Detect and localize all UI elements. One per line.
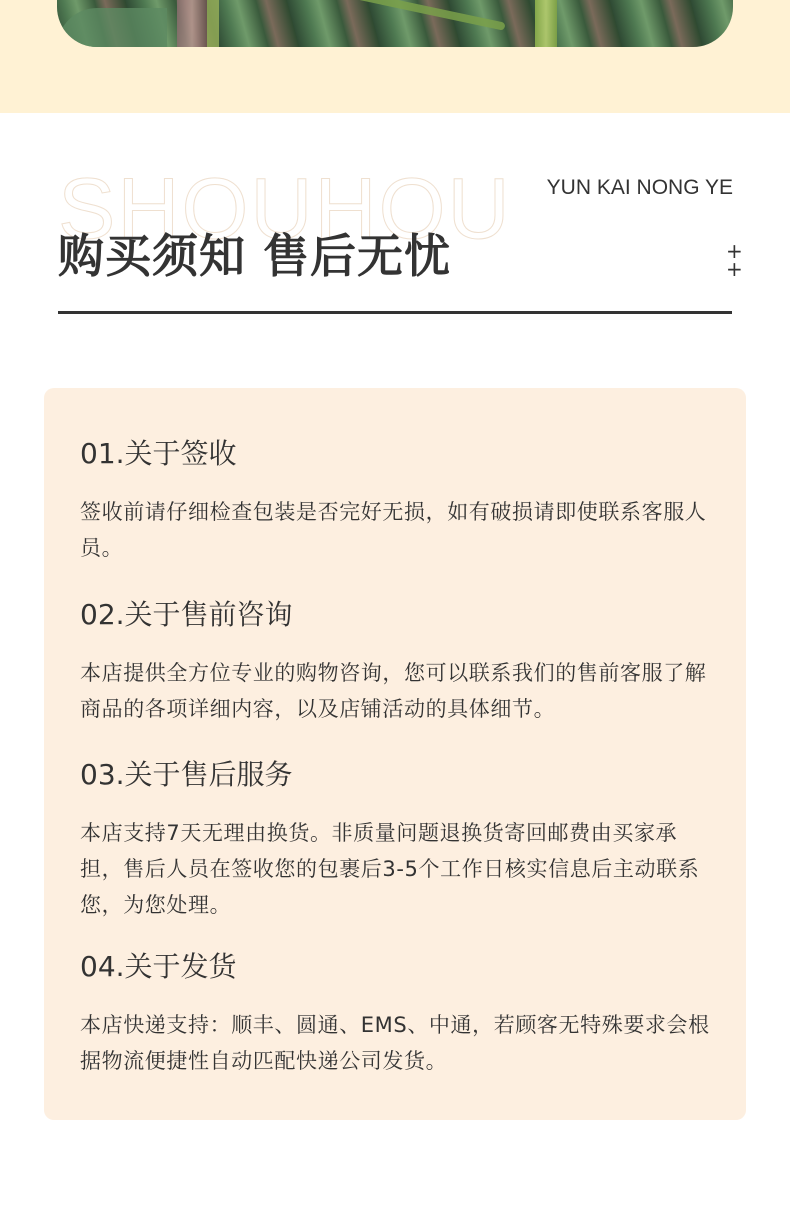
photo-stalk — [535, 0, 557, 47]
brand-name: YUN KAI NONG YE — [547, 176, 733, 200]
page-title: 购买须知 售后无忧 — [58, 226, 451, 286]
section-title: 03.关于售后服务 — [80, 757, 720, 793]
plus-icon: + — [726, 260, 743, 278]
section-body: 本店快递支持：顺丰、圆通、EMS、中通，若顾客无特殊要求会根据物流便捷性自动匹配… — [80, 1007, 720, 1079]
notice-section-presale: 02.关于售前咨询 本店提供全方位专业的购物咨询，您可以联系我们的售前客服了解商… — [80, 597, 720, 727]
cornfield-photo — [57, 0, 733, 47]
photo-leaf — [57, 8, 167, 47]
photo-stalk — [207, 0, 219, 47]
notice-section-aftersale: 03.关于售后服务 本店支持7天无理由换货。非质量问题退换货寄回邮费由买家承担，… — [80, 757, 720, 923]
title-divider — [58, 311, 732, 314]
top-banner — [0, 0, 790, 113]
photo-leaf — [308, 0, 505, 31]
section-body: 本店支持7天无理由换货。非质量问题退换货寄回邮费由买家承担，售后人员在签收您的包… — [80, 815, 720, 923]
section-title: 01.关于签收 — [80, 436, 720, 472]
notice-section-receipt: 01.关于签收 签收前请仔细检查包装是否完好无损，如有破损请即使联系客服人员。 — [80, 436, 720, 566]
section-body: 签收前请仔细检查包装是否完好无损，如有破损请即使联系客服人员。 — [80, 494, 720, 566]
section-body: 本店提供全方位专业的购物咨询，您可以联系我们的售前客服了解商品的各项详细内容，以… — [80, 655, 720, 727]
notice-card: 01.关于签收 签收前请仔细检查包装是否完好无损，如有破损请即使联系客服人员。 … — [44, 388, 746, 1120]
notice-section-shipping: 04.关于发货 本店快递支持：顺丰、圆通、EMS、中通，若顾客无特殊要求会根据物… — [80, 949, 720, 1079]
section-title: 04.关于发货 — [80, 949, 720, 985]
photo-stalk — [177, 0, 207, 47]
section-title: 02.关于售前咨询 — [80, 597, 720, 633]
